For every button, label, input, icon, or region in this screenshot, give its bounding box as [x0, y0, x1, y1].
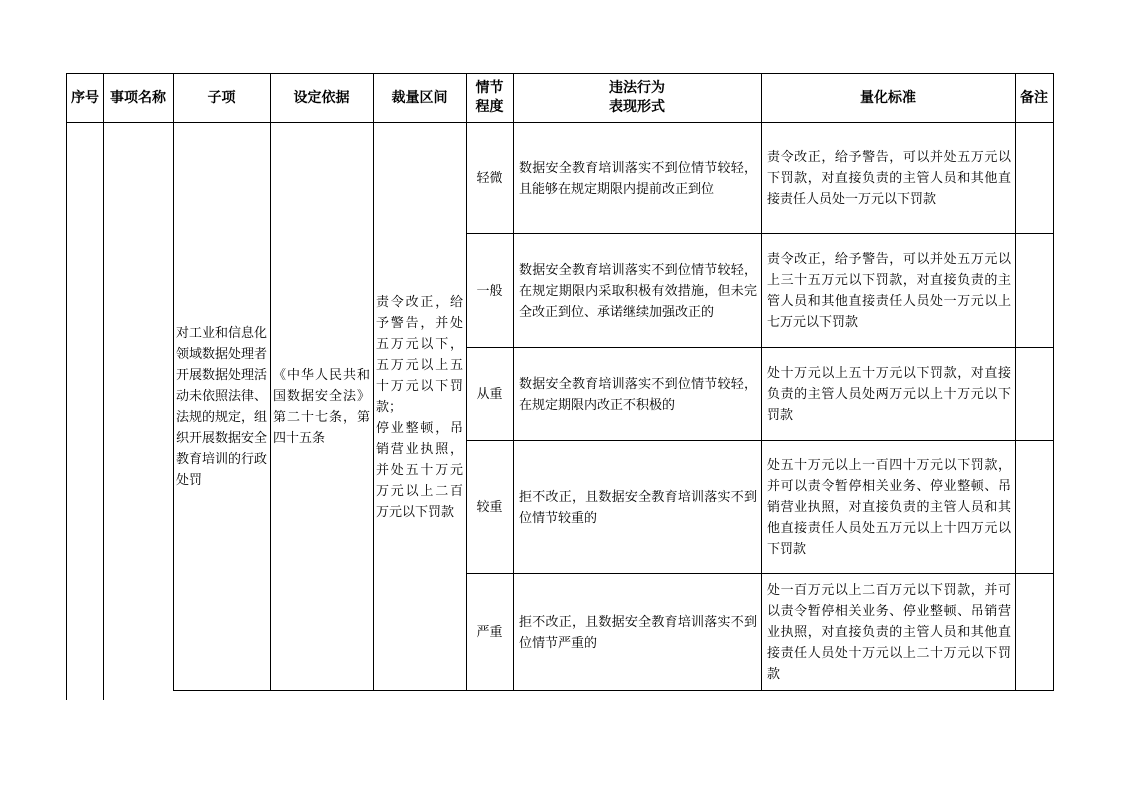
row-2-standard-cell: 责令改正，给予警告，可以并处五万元以上三十五万元以下罚款，对直接负责的主管人员和…	[761, 233, 1016, 348]
header-label: 子项	[173, 89, 270, 108]
cell-xuhao-merged	[66, 122, 104, 700]
header-label: 设定依据	[270, 89, 373, 108]
row-5-standard-cell: 处一百万元以上二百万元以下罚款，并可以责令暂停相关业务、停业整顿、吊销营业执照，…	[761, 573, 1016, 691]
cell-text: 对工业和信息化领域数据处理者开展数据处理活动未依照法律、法规的规定，组织开展数据…	[176, 322, 267, 490]
standard-text: 处五十万元以上一百四十万元以下罚款，并可以责令暂停相关业务、停业整顿、吊销营业执…	[767, 454, 1011, 559]
header-label: 量化标准	[761, 89, 1015, 108]
standard-text: 责令改正，给予警告，可以并处五万元以下罚款，对直接负责的主管人员和其他直接责任人…	[767, 146, 1011, 209]
severity-label: 较重	[466, 496, 513, 517]
header-cell-lianghua-biaozhun: 量化标准	[761, 73, 1016, 123]
behavior-text: 拒不改正，且数据安全教育培训落实不到位情节严重的	[519, 611, 757, 653]
standard-text: 责令改正，给予警告，可以并处五万元以上三十五万元以下罚款，对直接负责的主管人员和…	[767, 248, 1011, 332]
cell-zixiang-merged: 对工业和信息化领域数据处理者开展数据处理活动未依照法律、法规的规定，组织开展数据…	[173, 122, 271, 691]
header-cell-zixiang: 子项	[173, 73, 271, 123]
standard-text: 处一百万元以上二百万元以下罚款，并可以责令暂停相关业务、停业整顿、吊销营业执照，…	[767, 579, 1011, 684]
behavior-text: 数据安全教育培训落实不到位情节较轻，在规定期限内采取积极有效措施，但未完全改正到…	[519, 259, 757, 322]
header-cell-beizhu: 备注	[1015, 73, 1054, 123]
header-label: 裁量区间	[373, 89, 466, 108]
severity-label: 轻微	[466, 167, 513, 188]
row-2-severity-cell: 一般	[466, 233, 514, 348]
header-cell-shixiang-mingcheng: 事项名称	[103, 73, 174, 123]
severity-label: 从重	[466, 383, 513, 404]
cell-text: 责令改正，给予警告，并处五万元以下，五万元以上五十万元以下罚款； 停业整顿，吊销…	[376, 291, 463, 522]
header-label: 序号	[67, 89, 103, 108]
behavior-text: 数据安全教育培训落实不到位情节较轻，在规定期限内改正不积极的	[519, 373, 757, 415]
header-cell-xuhao: 序号	[66, 73, 104, 123]
row-5-behavior-cell: 拒不改正，且数据安全教育培训落实不到位情节严重的	[513, 573, 762, 691]
header-cell-cailiang-qujian: 裁量区间	[373, 73, 467, 123]
row-1-standard-cell: 责令改正，给予警告，可以并处五万元以下罚款，对直接负责的主管人员和其他直接责任人…	[761, 122, 1016, 234]
row-4-remark-cell	[1015, 440, 1054, 574]
document-page: 序号 事项名称 子项 设定依据 裁量区间 情节 程度 违法行为 表现形式 量化标…	[0, 0, 1122, 793]
row-4-behavior-cell: 拒不改正，且数据安全教育培训落实不到位情节较重的	[513, 440, 762, 574]
row-4-standard-cell: 处五十万元以上一百四十万元以下罚款，并可以责令暂停相关业务、停业整顿、吊销营业执…	[761, 440, 1016, 574]
row-3-behavior-cell: 数据安全教育培训落实不到位情节较轻，在规定期限内改正不积极的	[513, 347, 762, 441]
severity-label: 严重	[466, 621, 513, 642]
row-3-remark-cell	[1015, 347, 1054, 441]
header-cell-sheding-yiju: 设定依据	[270, 73, 374, 123]
behavior-text: 拒不改正，且数据安全教育培训落实不到位情节较重的	[519, 486, 757, 528]
header-cell-qingjie-chengdu: 情节 程度	[466, 73, 514, 123]
row-5-severity-cell: 严重	[466, 573, 514, 691]
header-label: 情节 程度	[466, 79, 513, 117]
severity-label: 一般	[466, 280, 513, 301]
row-3-severity-cell: 从重	[466, 347, 514, 441]
row-1-behavior-cell: 数据安全教育培训落实不到位情节较轻，且能够在规定期限内提前改正到位	[513, 122, 762, 234]
cell-text: 《中华人民共和国数据安全法》第二十七条，第四十五条	[273, 364, 370, 448]
row-3-standard-cell: 处十万元以上五十万元以下罚款，对直接负责的主管人员处两万元以上十万元以下罚款	[761, 347, 1016, 441]
cell-shixiang-mingcheng-merged	[103, 122, 174, 691]
cell-sheding-yiju-merged: 《中华人民共和国数据安全法》第二十七条，第四十五条	[270, 122, 374, 691]
cell-cailiang-qujian-merged: 责令改正，给予警告，并处五万元以下，五万元以上五十万元以下罚款； 停业整顿，吊销…	[373, 122, 467, 691]
header-cell-weifa-xingwei: 违法行为 表现形式	[513, 73, 762, 123]
row-2-behavior-cell: 数据安全教育培训落实不到位情节较轻，在规定期限内采取积极有效措施，但未完全改正到…	[513, 233, 762, 348]
behavior-text: 数据安全教育培训落实不到位情节较轻，且能够在规定期限内提前改正到位	[519, 157, 757, 199]
header-label: 备注	[1015, 89, 1053, 108]
standard-text: 处十万元以上五十万元以下罚款，对直接负责的主管人员处两万元以上十万元以下罚款	[767, 362, 1011, 425]
header-label: 违法行为 表现形式	[513, 79, 761, 117]
header-label: 事项名称	[103, 89, 173, 108]
row-1-remark-cell	[1015, 122, 1054, 234]
row-5-remark-cell	[1015, 573, 1054, 691]
row-1-severity-cell: 轻微	[466, 122, 514, 234]
row-2-remark-cell	[1015, 233, 1054, 348]
row-4-severity-cell: 较重	[466, 440, 514, 574]
